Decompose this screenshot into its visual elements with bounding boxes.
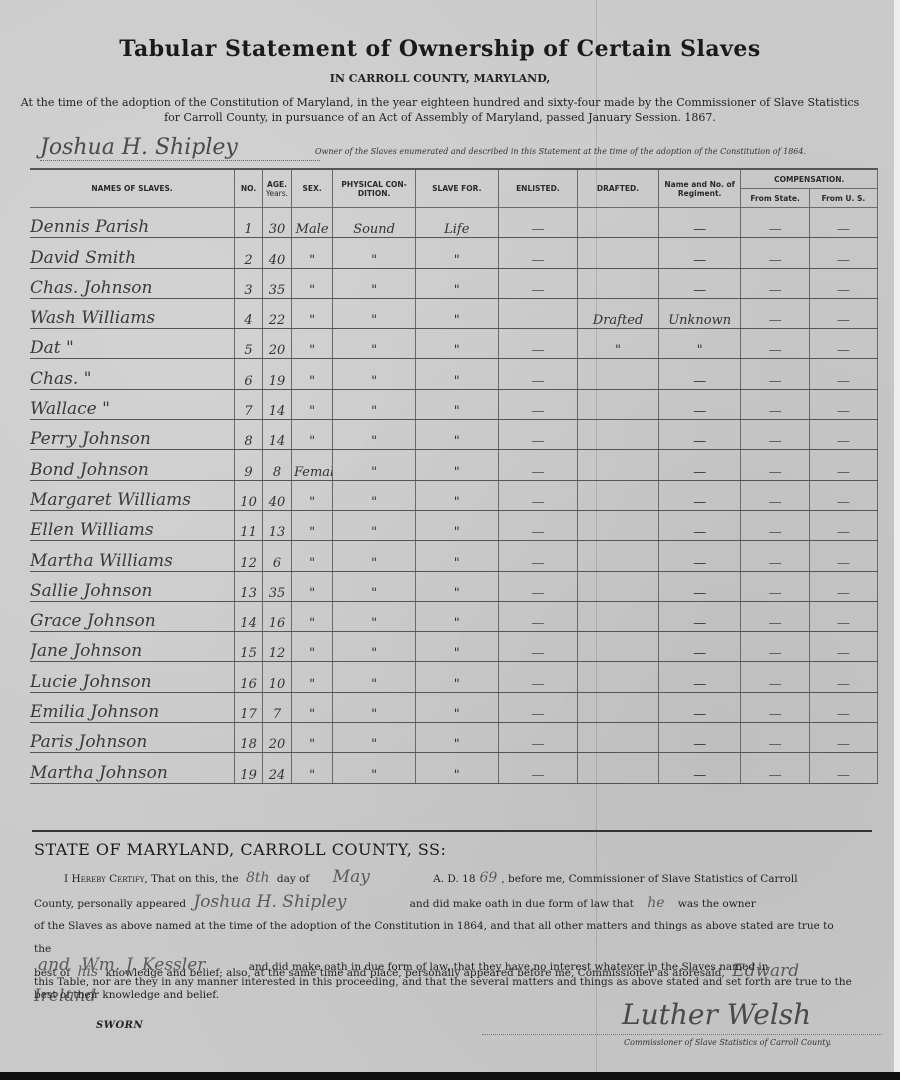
cell-slave-for: " bbox=[415, 268, 498, 298]
table-row: Dat "520"""—""—— bbox=[30, 329, 878, 359]
cell-age: 16 bbox=[263, 601, 292, 631]
cell-physical: " bbox=[333, 329, 416, 359]
cell-age: 24 bbox=[263, 753, 292, 783]
header-from-us: From U. S. bbox=[809, 189, 877, 208]
cert-text: was bbox=[678, 898, 699, 910]
cell-from-us: — bbox=[809, 723, 877, 753]
cell-enlisted: — bbox=[498, 632, 578, 662]
cell-from-state: — bbox=[741, 723, 809, 753]
cell-sex: " bbox=[291, 480, 332, 510]
cell-no: 17 bbox=[235, 692, 263, 722]
cell-from-us: — bbox=[809, 601, 877, 631]
cert-certify: I Hereby Certify, bbox=[64, 873, 148, 885]
handwritten-appeared-name: Joshua H. Shipley bbox=[189, 892, 406, 912]
cell-enlisted: — bbox=[498, 601, 578, 631]
handwritten-pronoun: he bbox=[637, 895, 674, 911]
cell-from-state: — bbox=[741, 632, 809, 662]
cell-age: 13 bbox=[263, 510, 292, 540]
cell-drafted: Drafted bbox=[578, 298, 659, 328]
cell-no: 9 bbox=[235, 450, 263, 480]
cell-drafted bbox=[578, 753, 659, 783]
cell-from-state: — bbox=[741, 480, 809, 510]
cell-age: 19 bbox=[263, 359, 292, 389]
cell-name: Bond Johnson bbox=[30, 450, 235, 480]
table-row: Perry Johnson814"""———— bbox=[30, 420, 878, 450]
table-row: Ellen Williams1113"""———— bbox=[30, 510, 878, 540]
cell-physical: " bbox=[333, 359, 416, 389]
cell-name: Chas. " bbox=[30, 359, 235, 389]
cell-from-us: — bbox=[809, 450, 877, 480]
cell-enlisted: — bbox=[498, 510, 578, 540]
cell-slave-for: " bbox=[415, 510, 498, 540]
handwritten-day: 8th bbox=[242, 870, 274, 886]
cell-drafted bbox=[578, 692, 659, 722]
cell-slave-for: " bbox=[415, 692, 498, 722]
cell-sex: " bbox=[291, 420, 332, 450]
owner-caption: Owner of the Slaves enumerated and descr… bbox=[315, 147, 806, 156]
cell-name: Margaret Williams bbox=[30, 480, 235, 510]
cell-enlisted: — bbox=[498, 692, 578, 722]
cell-no: 10 bbox=[235, 480, 263, 510]
cell-regiment: — bbox=[658, 268, 741, 298]
cell-from-state: — bbox=[741, 601, 809, 631]
cell-from-us: — bbox=[809, 420, 877, 450]
cell-physical: " bbox=[333, 510, 416, 540]
cell-from-us: — bbox=[809, 692, 877, 722]
cell-from-us: — bbox=[809, 208, 877, 238]
cell-from-state: — bbox=[741, 389, 809, 419]
header-no: NO. bbox=[235, 169, 263, 208]
cell-drafted bbox=[578, 389, 659, 419]
table-row: Chas. Johnson335"""———— bbox=[30, 268, 878, 298]
cell-no: 16 bbox=[235, 662, 263, 692]
cell-age: 14 bbox=[263, 389, 292, 419]
cell-physical: " bbox=[333, 753, 416, 783]
cell-name: Wallace " bbox=[30, 389, 235, 419]
cell-from-us: — bbox=[809, 329, 877, 359]
table-row: Wash Williams422"""DraftedUnknown—— bbox=[30, 298, 878, 328]
header-names: NAMES OF SLAVES. bbox=[30, 169, 235, 208]
cell-from-us: — bbox=[809, 753, 877, 783]
cell-from-us: — bbox=[809, 359, 877, 389]
cell-name: Jane Johnson bbox=[30, 632, 235, 662]
cell-regiment: — bbox=[658, 662, 741, 692]
cell-from-us: — bbox=[809, 238, 877, 268]
cell-name: Dennis Parish bbox=[30, 208, 235, 238]
cell-regiment: — bbox=[658, 208, 741, 238]
cell-regiment: — bbox=[658, 510, 741, 540]
cell-age: 6 bbox=[263, 541, 292, 571]
cell-physical: " bbox=[333, 238, 416, 268]
cert-text: A. D. 18 bbox=[433, 873, 475, 885]
cell-from-state: — bbox=[741, 692, 809, 722]
cert-text: , before me, Commissioner of Slave Stati… bbox=[501, 873, 797, 885]
cell-no: 3 bbox=[235, 268, 263, 298]
cell-regiment: — bbox=[658, 480, 741, 510]
cell-no: 19 bbox=[235, 753, 263, 783]
certification-heading: STATE OF MARYLAND, CARROLL COUNTY, SS: bbox=[34, 840, 446, 859]
cert-line-5: and Wm. J. Kessler and did make oath in … bbox=[34, 956, 854, 976]
cell-enlisted: — bbox=[498, 420, 578, 450]
cell-age: 35 bbox=[263, 571, 292, 601]
cell-age: 12 bbox=[263, 632, 292, 662]
cell-from-us: — bbox=[809, 389, 877, 419]
cell-no: 1 bbox=[235, 208, 263, 238]
cell-sex: " bbox=[291, 298, 332, 328]
cell-regiment: — bbox=[658, 389, 741, 419]
cell-sex: " bbox=[291, 753, 332, 783]
certification-section: STATE OF MARYLAND, CARROLL COUNTY, SS: I… bbox=[32, 830, 872, 832]
cell-slave-for: " bbox=[415, 480, 498, 510]
cell-slave-for: " bbox=[415, 571, 498, 601]
table-row: Wallace "714"""———— bbox=[30, 389, 878, 419]
cell-sex: " bbox=[291, 723, 332, 753]
cell-no: 8 bbox=[235, 420, 263, 450]
cell-physical: " bbox=[333, 571, 416, 601]
cell-no: 18 bbox=[235, 723, 263, 753]
intro-line-1: At the time of the adoption of the Const… bbox=[20, 95, 860, 110]
cell-no: 14 bbox=[235, 601, 263, 631]
cell-name: Dat " bbox=[30, 329, 235, 359]
table-row: Martha Johnson1924"""———— bbox=[30, 753, 878, 783]
cell-drafted bbox=[578, 238, 659, 268]
cell-from-state: — bbox=[741, 420, 809, 450]
cell-sex: " bbox=[291, 692, 332, 722]
cell-enlisted: — bbox=[498, 359, 578, 389]
cell-sex: " bbox=[291, 510, 332, 540]
table-row: Emilia Johnson177"""———— bbox=[30, 692, 878, 722]
cell-age: 7 bbox=[263, 692, 292, 722]
cert-text: and did make oath in due form of law tha… bbox=[410, 898, 634, 910]
scan-border bbox=[0, 1072, 900, 1080]
cell-slave-for: " bbox=[415, 601, 498, 631]
cell-drafted bbox=[578, 420, 659, 450]
signature-line bbox=[482, 1034, 882, 1035]
cell-slave-for: " bbox=[415, 359, 498, 389]
header-sex: SEX. bbox=[291, 169, 332, 208]
cell-slave-for: " bbox=[415, 723, 498, 753]
cell-slave-for: " bbox=[415, 420, 498, 450]
cell-no: 5 bbox=[235, 329, 263, 359]
cell-sex: " bbox=[291, 601, 332, 631]
cell-drafted bbox=[578, 208, 659, 238]
cell-no: 2 bbox=[235, 238, 263, 268]
table-body: Dennis Parish130MaleSoundLife————David S… bbox=[30, 208, 878, 784]
cell-drafted bbox=[578, 480, 659, 510]
cell-sex: " bbox=[291, 389, 332, 419]
cell-from-us: — bbox=[809, 571, 877, 601]
cell-physical: " bbox=[333, 298, 416, 328]
cell-slave-for: " bbox=[415, 450, 498, 480]
cert-text: the owner bbox=[702, 898, 756, 910]
cell-slave-for: Life bbox=[415, 208, 498, 238]
cell-sex: Female bbox=[291, 450, 332, 480]
cell-from-state: — bbox=[741, 329, 809, 359]
table-row: Chas. "619"""———— bbox=[30, 359, 878, 389]
header-age-label: AGE. bbox=[267, 180, 287, 189]
cell-from-us: — bbox=[809, 541, 877, 571]
cell-physical: " bbox=[333, 480, 416, 510]
cell-age: 30 bbox=[263, 208, 292, 238]
header-age: AGE. Years. bbox=[263, 169, 292, 208]
cell-drafted bbox=[578, 541, 659, 571]
certification-tail: and Wm. J. Kessler and did make oath in … bbox=[34, 956, 854, 1002]
cell-from-state: — bbox=[741, 268, 809, 298]
cell-drafted bbox=[578, 601, 659, 631]
cell-regiment: — bbox=[658, 420, 741, 450]
cell-name: Wash Williams bbox=[30, 298, 235, 328]
cell-sex: " bbox=[291, 268, 332, 298]
cell-enlisted: — bbox=[498, 268, 578, 298]
cell-age: 20 bbox=[263, 723, 292, 753]
cell-enlisted: — bbox=[498, 662, 578, 692]
table-row: David Smith240"""———— bbox=[30, 238, 878, 268]
cell-enlisted: — bbox=[498, 238, 578, 268]
cell-age: 8 bbox=[263, 450, 292, 480]
document-page: Tabular Statement of Ownership of Certai… bbox=[0, 0, 900, 1072]
cell-enlisted: — bbox=[498, 450, 578, 480]
document-intro: At the time of the adoption of the Const… bbox=[20, 95, 860, 125]
cell-slave-for: " bbox=[415, 389, 498, 419]
cell-age: 22 bbox=[263, 298, 292, 328]
header-age-sub: Years. bbox=[266, 189, 288, 198]
cell-physical: Sound bbox=[333, 208, 416, 238]
cell-physical: " bbox=[333, 420, 416, 450]
cell-from-state: — bbox=[741, 662, 809, 692]
table-row: Dennis Parish130MaleSoundLife———— bbox=[30, 208, 878, 238]
cell-enlisted: — bbox=[498, 753, 578, 783]
handwritten-month: May bbox=[313, 867, 430, 887]
cell-sex: " bbox=[291, 359, 332, 389]
cell-slave-for: " bbox=[415, 329, 498, 359]
cell-enlisted: — bbox=[498, 480, 578, 510]
cell-enlisted: — bbox=[498, 723, 578, 753]
cell-from-state: — bbox=[741, 541, 809, 571]
header-enlisted: ENLISTED. bbox=[498, 169, 578, 208]
cell-enlisted: — bbox=[498, 541, 578, 571]
cell-drafted bbox=[578, 571, 659, 601]
header-regiment: Name and No. of Regiment. bbox=[658, 169, 741, 208]
cell-physical: " bbox=[333, 389, 416, 419]
cell-no: 6 bbox=[235, 359, 263, 389]
cell-enlisted: — bbox=[498, 389, 578, 419]
cell-enlisted: — bbox=[498, 208, 578, 238]
cell-no: 7 bbox=[235, 389, 263, 419]
sworn-label: SWORN bbox=[96, 1020, 143, 1031]
document-subtitle: IN CARROLL COUNTY, MARYLAND, bbox=[0, 72, 880, 85]
cell-from-state: — bbox=[741, 298, 809, 328]
cell-physical: " bbox=[333, 450, 416, 480]
cell-drafted bbox=[578, 268, 659, 298]
cert-text: day of bbox=[277, 873, 309, 885]
cell-drafted bbox=[578, 662, 659, 692]
cell-regiment: — bbox=[658, 359, 741, 389]
cell-from-us: — bbox=[809, 662, 877, 692]
cell-regiment: Unknown bbox=[658, 298, 741, 328]
cell-no: 13 bbox=[235, 571, 263, 601]
header-slave-for: SLAVE FOR. bbox=[415, 169, 498, 208]
cell-from-state: — bbox=[741, 359, 809, 389]
owner-line: Joshua H. Shipley Owner of the Slaves en… bbox=[30, 135, 860, 165]
cell-name: David Smith bbox=[30, 238, 235, 268]
cell-physical: " bbox=[333, 601, 416, 631]
table-row: Margaret Williams1040"""———— bbox=[30, 480, 878, 510]
table-row: Lucie Johnson1610"""———— bbox=[30, 662, 878, 692]
cell-from-state: — bbox=[741, 510, 809, 540]
cell-from-us: — bbox=[809, 632, 877, 662]
cell-no: 11 bbox=[235, 510, 263, 540]
header-from-state: From State. bbox=[741, 189, 809, 208]
cell-name: Perry Johnson bbox=[30, 420, 235, 450]
cell-sex: " bbox=[291, 632, 332, 662]
cell-enlisted bbox=[498, 298, 578, 328]
cert-line-3: of the Slaves as above named at the time… bbox=[34, 915, 854, 960]
cell-age: 14 bbox=[263, 420, 292, 450]
document-title: Tabular Statement of Ownership of Certai… bbox=[0, 36, 880, 62]
table-row: Jane Johnson1512"""———— bbox=[30, 632, 878, 662]
cell-slave-for: " bbox=[415, 541, 498, 571]
cell-name: Lucie Johnson bbox=[30, 662, 235, 692]
cert-line-6: this Table, nor are they in any manner i… bbox=[34, 976, 854, 989]
cell-name: Chas. Johnson bbox=[30, 268, 235, 298]
cell-name: Martha Williams bbox=[30, 541, 235, 571]
cell-sex: " bbox=[291, 541, 332, 571]
commissioner-signature: Luther Welsh bbox=[622, 998, 811, 1031]
cell-no: 15 bbox=[235, 632, 263, 662]
cell-regiment: — bbox=[658, 753, 741, 783]
cell-name: Ellen Williams bbox=[30, 510, 235, 540]
cell-from-state: — bbox=[741, 753, 809, 783]
cell-age: 20 bbox=[263, 329, 292, 359]
cell-drafted bbox=[578, 359, 659, 389]
cell-drafted bbox=[578, 510, 659, 540]
cell-slave-for: " bbox=[415, 662, 498, 692]
cell-age: 10 bbox=[263, 662, 292, 692]
cell-age: 40 bbox=[263, 480, 292, 510]
cell-from-us: — bbox=[809, 298, 877, 328]
cell-from-state: — bbox=[741, 238, 809, 268]
cell-name: Emilia Johnson bbox=[30, 692, 235, 722]
cell-name: Sallie Johnson bbox=[30, 571, 235, 601]
table-row: Martha Williams126"""———— bbox=[30, 541, 878, 571]
cell-regiment: — bbox=[658, 541, 741, 571]
cell-regiment: — bbox=[658, 450, 741, 480]
cell-regiment: — bbox=[658, 723, 741, 753]
cell-physical: " bbox=[333, 692, 416, 722]
cell-no: 4 bbox=[235, 298, 263, 328]
cell-name: Paris Johnson bbox=[30, 723, 235, 753]
cell-age: 40 bbox=[263, 238, 292, 268]
cell-physical: " bbox=[333, 268, 416, 298]
cell-from-state: — bbox=[741, 450, 809, 480]
cell-regiment: — bbox=[658, 632, 741, 662]
handwritten-year: 69 bbox=[476, 870, 502, 886]
table-row: Sallie Johnson1335"""———— bbox=[30, 571, 878, 601]
cell-drafted bbox=[578, 450, 659, 480]
table-row: Bond Johnson98Female""———— bbox=[30, 450, 878, 480]
cell-age: 35 bbox=[263, 268, 292, 298]
cell-slave-for: " bbox=[415, 238, 498, 268]
cell-physical: " bbox=[333, 541, 416, 571]
cert-line-1: I Hereby Certify, That on this, the 8th … bbox=[34, 866, 854, 891]
cell-sex: " bbox=[291, 238, 332, 268]
cert-line-2: County, personally appeared Joshua H. Sh… bbox=[34, 891, 854, 916]
cell-from-state: — bbox=[741, 571, 809, 601]
handwritten-witness-2: Wm. J. Kessler bbox=[77, 955, 245, 975]
cell-drafted: " bbox=[578, 329, 659, 359]
cell-name: Grace Johnson bbox=[30, 601, 235, 631]
cell-from-state: — bbox=[741, 208, 809, 238]
cell-drafted bbox=[578, 723, 659, 753]
cell-sex: " bbox=[291, 662, 332, 692]
table-row: Grace Johnson1416"""———— bbox=[30, 601, 878, 631]
cell-sex: " bbox=[291, 571, 332, 601]
commissioner-caption: Commissioner of Slave Statistics of Carr… bbox=[624, 1038, 831, 1047]
cell-regiment: — bbox=[658, 692, 741, 722]
table-row: Paris Johnson1820"""———— bbox=[30, 723, 878, 753]
header-physical: PHYSICAL CON-DITION. bbox=[333, 169, 416, 208]
cell-from-us: — bbox=[809, 268, 877, 298]
header-compensation: COMPENSATION. bbox=[741, 169, 878, 189]
cell-regiment: — bbox=[658, 601, 741, 631]
cell-physical: " bbox=[333, 632, 416, 662]
cell-physical: " bbox=[333, 662, 416, 692]
cell-sex: " bbox=[291, 329, 332, 359]
cell-slave-for: " bbox=[415, 298, 498, 328]
cell-regiment: " bbox=[658, 329, 741, 359]
intro-line-2: for Carroll County, in pursuance of an A… bbox=[20, 110, 860, 125]
header-drafted: DRAFTED. bbox=[578, 169, 659, 208]
cell-slave-for: " bbox=[415, 632, 498, 662]
handwritten-and: and bbox=[34, 955, 74, 975]
table-header: NAMES OF SLAVES. NO. AGE. Years. SEX. PH… bbox=[30, 169, 878, 208]
cell-no: 12 bbox=[235, 541, 263, 571]
cell-slave-for: " bbox=[415, 753, 498, 783]
owner-handwritten-name: Joshua H. Shipley bbox=[40, 135, 320, 161]
cert-text: County, personally appeared bbox=[34, 898, 186, 910]
cert-text: That on this, the bbox=[151, 873, 239, 885]
cell-regiment: — bbox=[658, 571, 741, 601]
cell-physical: " bbox=[333, 723, 416, 753]
cell-regiment: — bbox=[658, 238, 741, 268]
cert-text: and did make oath in due form of law, th… bbox=[249, 961, 769, 973]
cell-from-us: — bbox=[809, 510, 877, 540]
paper-edge bbox=[894, 0, 900, 1072]
cell-drafted bbox=[578, 632, 659, 662]
cell-enlisted: — bbox=[498, 329, 578, 359]
cell-from-us: — bbox=[809, 480, 877, 510]
slave-ledger-table: NAMES OF SLAVES. NO. AGE. Years. SEX. PH… bbox=[30, 168, 878, 784]
cell-name: Martha Johnson bbox=[30, 753, 235, 783]
cell-enlisted: — bbox=[498, 571, 578, 601]
cell-sex: Male bbox=[291, 208, 332, 238]
